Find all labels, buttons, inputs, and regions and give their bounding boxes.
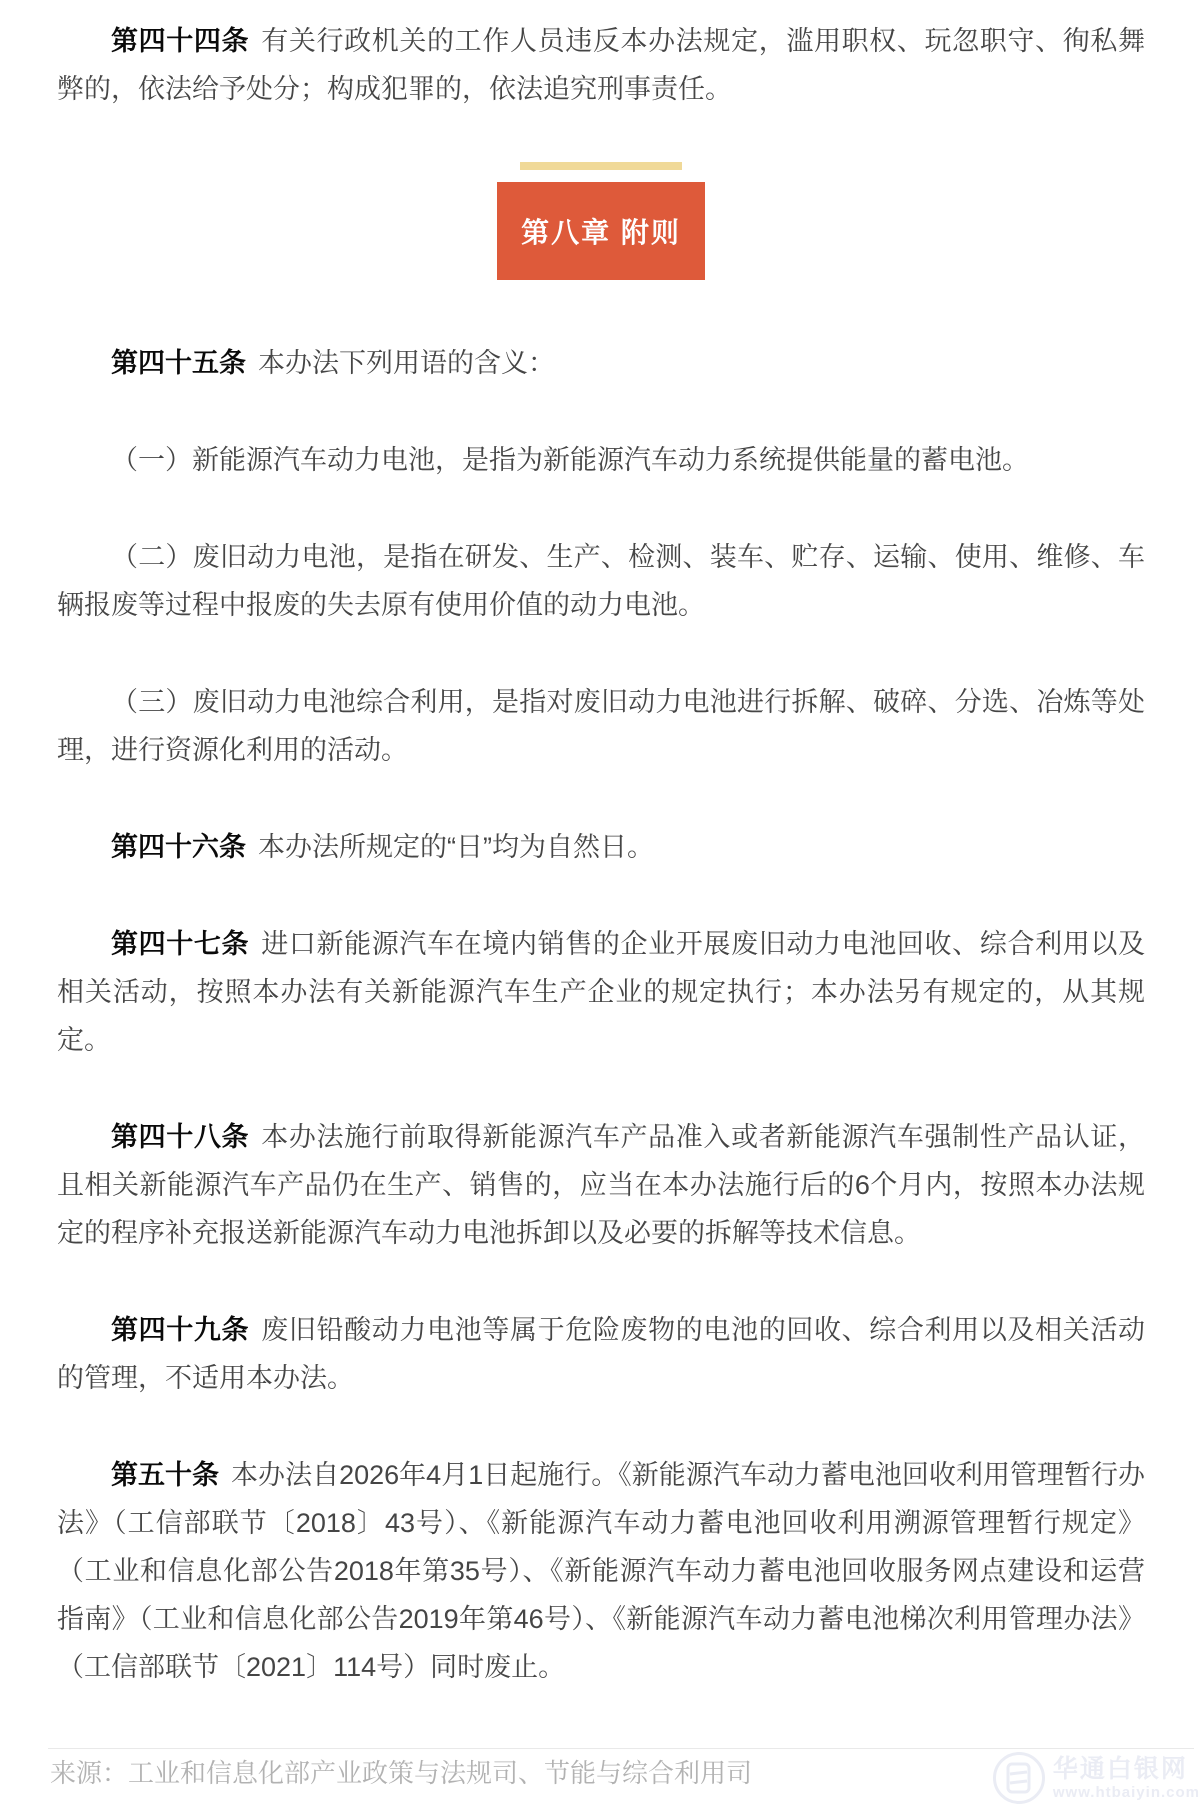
article-paragraph-49: 第四十九条废旧铅酸动力电池等属于危险废物的电池的回收、综合利用以及相关活动的管理… bbox=[57, 1306, 1145, 1402]
definition-text-3: （三）废旧动力电池综合利用，是指对废旧动力电池进行拆解、破碎、分选、冶炼等处理，… bbox=[57, 687, 1145, 765]
definition-item-1: （一）新能源汽车动力电池，是指为新能源汽车动力系统提供能量的蓄电池。 bbox=[57, 436, 1145, 484]
article-number-46: 第四十六条 bbox=[111, 832, 246, 862]
definition-text-2: （二）废旧动力电池，是指在研发、生产、检测、装车、贮存、运输、使用、维修、车辆报… bbox=[57, 542, 1145, 620]
watermark-logo-icon bbox=[991, 1750, 1047, 1806]
article-text-45: 本办法下列用语的含义： bbox=[258, 348, 555, 378]
chapter-heading: 第八章 附则 bbox=[57, 162, 1145, 280]
article-number-48: 第四十八条 bbox=[111, 1122, 249, 1152]
watermark-url: www.htbaiyin.com bbox=[1053, 1785, 1200, 1801]
article-number-49: 第四十九条 bbox=[111, 1315, 249, 1345]
article-paragraph-45: 第四十五条本办法下列用语的含义： bbox=[57, 339, 1145, 387]
chapter-title-box: 第八章 附则 bbox=[497, 182, 705, 280]
article-number-44: 第四十四条 bbox=[111, 26, 249, 56]
article-text-46: 本办法所规定的“日”均为自然日。 bbox=[258, 832, 654, 862]
article-number-47: 第四十七条 bbox=[111, 929, 249, 959]
chapter-title: 第八章 附则 bbox=[521, 211, 681, 251]
article-content: 第四十四条有关行政机关的工作人员违反本办法规定，滥用职权、玩忽职守、徇私舞弊的，… bbox=[0, 0, 1202, 1691]
article-paragraph-46: 第四十六条本办法所规定的“日”均为自然日。 bbox=[57, 823, 1145, 871]
watermark-name: 华通白银网 bbox=[1053, 1756, 1200, 1782]
article-paragraph-48: 第四十八条本办法施行前取得新能源汽车产品准入或者新能源汽车强制性产品认证，且相关… bbox=[57, 1113, 1145, 1257]
article-number-50: 第五十条 bbox=[111, 1460, 219, 1490]
article-text-50: 本办法自2026年4月1日起施行。《新能源汽车动力蓄电池回收利用管理暂行办法》（… bbox=[57, 1460, 1145, 1682]
article-page: 第四十四条有关行政机关的工作人员违反本办法规定，滥用职权、玩忽职守、徇私舞弊的，… bbox=[0, 0, 1202, 1814]
watermark: 华通白银网 www.htbaiyin.com bbox=[991, 1750, 1200, 1806]
article-paragraph-47: 第四十七条进口新能源汽车在境内销售的企业开展废旧动力电池回收、综合利用以及相关活… bbox=[57, 920, 1145, 1064]
article-number-45: 第四十五条 bbox=[111, 348, 246, 378]
definition-item-3: （三）废旧动力电池综合利用，是指对废旧动力电池进行拆解、破碎、分选、冶炼等处理，… bbox=[57, 678, 1145, 774]
definition-item-2: （二）废旧动力电池，是指在研发、生产、检测、装车、贮存、运输、使用、维修、车辆报… bbox=[57, 533, 1145, 629]
chapter-accent-bar bbox=[520, 162, 682, 170]
watermark-text: 华通白银网 www.htbaiyin.com bbox=[1053, 1756, 1200, 1801]
article-paragraph-44: 第四十四条有关行政机关的工作人员违反本办法规定，滥用职权、玩忽职守、徇私舞弊的，… bbox=[57, 17, 1145, 113]
definition-text-1: （一）新能源汽车动力电池，是指为新能源汽车动力系统提供能量的蓄电池。 bbox=[111, 445, 1029, 475]
article-paragraph-50: 第五十条本办法自2026年4月1日起施行。《新能源汽车动力蓄电池回收利用管理暂行… bbox=[57, 1451, 1145, 1691]
